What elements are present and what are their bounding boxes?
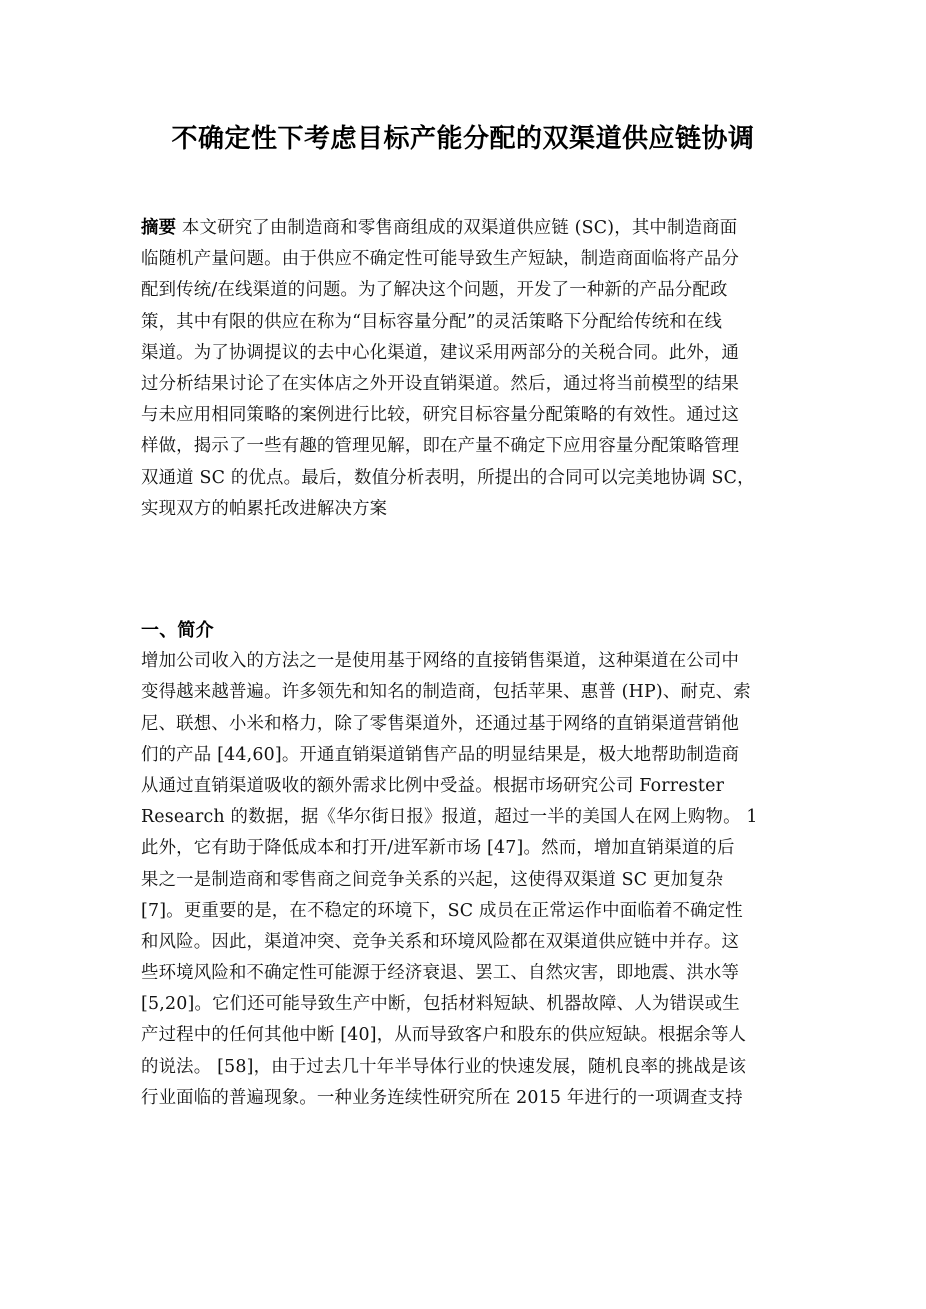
abstract-line: 双通道 SC 的优点。最后，数值分析表明，所提出的合同可以完美地协调 SC，: [141, 463, 781, 494]
abstract-line: 与未应用相同策略的案例进行比较，研究目标容量分配策略的有效性。通过这: [141, 400, 781, 431]
body-line: 尼、联想、小米和格力，除了零售渠道外，还通过基于网络的直销渠道营销他: [141, 709, 781, 740]
body-line: 些环境风险和不确定性可能源于经济衰退、罢工、自然灾害，即地震、洪水等: [141, 958, 781, 989]
body-line: 和风险。因此，渠道冲突、竞争关系和环境风险都在双渠道供应链中并存。这: [141, 927, 781, 958]
abstract-line: 实现双方的帕累托改进解决方案: [141, 494, 781, 525]
abstract-line: 配到传统/在线渠道的问题。为了解决这个问题，开发了一种新的产品分配政: [141, 275, 781, 306]
section-heading: 一、简介: [141, 615, 781, 646]
body-line: 此外，它有助于降低成本和打开/进军新市场 [47]。然而，增加直销渠道的后: [141, 833, 781, 864]
body-line: 增加公司收入的方法之一是使用基于网络的直接销售渠道，这种渠道在公司中: [141, 646, 781, 677]
body-line: Research 的数据，据《华尔街日报》报道，超过一半的美国人在网上购物。 1: [141, 802, 781, 833]
body-line: 果之一是制造商和零售商之间竞争关系的兴起，这使得双渠道 SC 更加复杂: [141, 865, 781, 896]
body-line: [5,20]。它们还可能导致生产中断，包括材料短缺、机器故障、人为错误或生: [141, 989, 781, 1020]
body-line: 行业面临的普遍现象。一种业务连续性研究所在 2015 年进行的一项调查支持: [141, 1083, 781, 1114]
body-line: 产过程中的任何其他中断 [40]，从而导致客户和股东的供应短缺。根据余等人: [141, 1020, 781, 1051]
section-introduction: 一、简介 增加公司收入的方法之一是使用基于网络的直接销售渠道，这种渠道在公司中 …: [141, 615, 781, 1114]
abstract-line: 摘要 本文研究了由制造商和零售商组成的双渠道供应链 (SC)，其中制造商面: [141, 213, 781, 244]
abstract-line: 样做，揭示了一些有趣的管理见解，即在产量不确定下应用容量分配策略管理: [141, 431, 781, 462]
abstract-label: 摘要: [141, 218, 176, 238]
abstract-line: 策，其中有限的供应在称为“目标容量分配”的灵活策略下分配给传统和在线: [141, 307, 781, 338]
body-line: 变得越来越普遍。许多领先和知名的制造商，包括苹果、惠普 (HP)、耐克、索: [141, 677, 781, 708]
abstract-line: 临随机产量问题。由于供应不确定性可能导致生产短缺，制造商面临将产品分: [141, 244, 781, 275]
body-line: 从通过直销渠道吸收的额外需求比例中受益。根据市场研究公司 Forrester: [141, 771, 781, 802]
abstract-line: 渠道。为了协调提议的去中心化渠道，建议采用两部分的关税合同。此外，通: [141, 338, 781, 369]
abstract: 摘要 本文研究了由制造商和零售商组成的双渠道供应链 (SC)，其中制造商面 临随…: [141, 213, 781, 525]
body-line: 们的产品 [44,60]。开通直销渠道销售产品的明显结果是，极大地帮助制造商: [141, 740, 781, 771]
body-line: [7]。更重要的是，在不稳定的环境下，SC 成员在正常运作中面临着不确定性: [141, 896, 781, 927]
body-line: 的说法。 [58]，由于过去几十年半导体行业的快速发展，随机良率的挑战是该: [141, 1052, 781, 1083]
abstract-line: 过分析结果讨论了在实体店之外开设直销渠道。然后，通过将当前模型的结果: [141, 369, 781, 400]
document-title: 不确定性下考虑目标产能分配的双渠道供应链协调: [0, 118, 926, 155]
